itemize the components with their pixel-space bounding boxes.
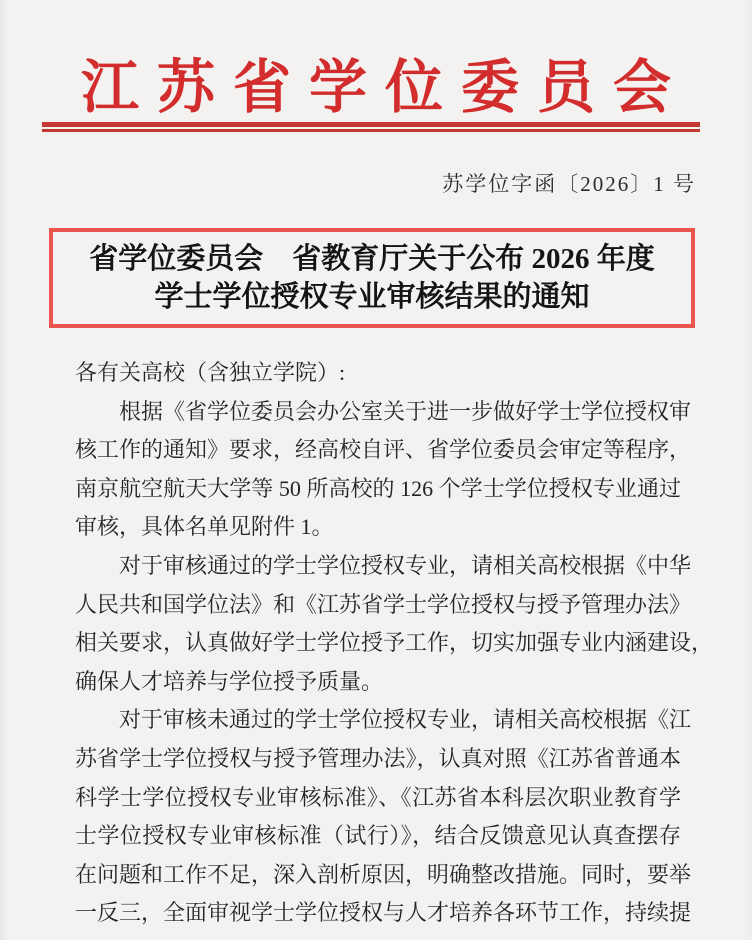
letterhead-org-name: 江苏省学位委员会	[0, 40, 752, 124]
body-line: 苏省学士学位授权与授予管理办法》，认真对照《江苏省普通本	[75, 740, 681, 779]
body-line: 在问题和工作不足，深入剖析原因，明确整改措施。同时，要举	[75, 856, 681, 895]
body-line: 人民共和国学位法》和《江苏省学士学位授权与授予管理办法》	[75, 586, 681, 625]
notice-title-box: 省学位委员会 省教育厅关于公布 2026 年度 学士学位授权专业审核结果的通知	[49, 228, 695, 328]
body-line: 核工作的通知》要求，经高校自评、省学位委员会审定等程序，	[75, 431, 681, 470]
body-line: 科学士学位授权专业审核标准》、《江苏省本科层次职业教育学	[75, 779, 681, 818]
body-line: 南京航空航天大学等 50 所高校的 126 个学士学位授权专业通过	[75, 470, 681, 509]
body-line: 根据《省学位委员会办公室关于进一步做好学士学位授权审	[75, 393, 681, 432]
notice-body: 各有关高校（含独立学院）: 根据《省学位委员会办公室关于进一步做好学士学位授权审…	[75, 354, 681, 933]
notice-title-line-1: 省学位委员会 省教育厅关于公布 2026 年度	[59, 240, 685, 278]
body-line: 确保人才培养与学位授予质量。	[75, 663, 681, 702]
letterhead-double-rule	[42, 122, 700, 132]
salutation: 各有关高校（含独立学院）:	[75, 354, 681, 393]
document-number: 苏学位字函〔2026〕1 号	[0, 168, 696, 198]
document-page: 江苏省学位委员会 苏学位字函〔2026〕1 号 省学位委员会 省教育厅关于公布 …	[0, 0, 752, 940]
body-line: 对于审核未通过的学士学位授权专业，请相关高校根据《江	[75, 701, 681, 740]
notice-title-line-2: 学士学位授权专业审核结果的通知	[59, 278, 685, 316]
body-line: 士学位授权专业审核标准（试行）》，结合反馈意见认真查摆存	[75, 817, 681, 856]
body-line: 一反三，全面审视学士学位授权与人才培养各环节工作，持续提	[75, 894, 681, 933]
body-line: 对于审核通过的学士学位授权专业，请相关高校根据《中华	[75, 547, 681, 586]
body-line: 相关要求，认真做好学士学位授予工作，切实加强专业内涵建设，	[75, 624, 681, 663]
body-line: 审核，具体名单见附件 1。	[75, 508, 681, 547]
